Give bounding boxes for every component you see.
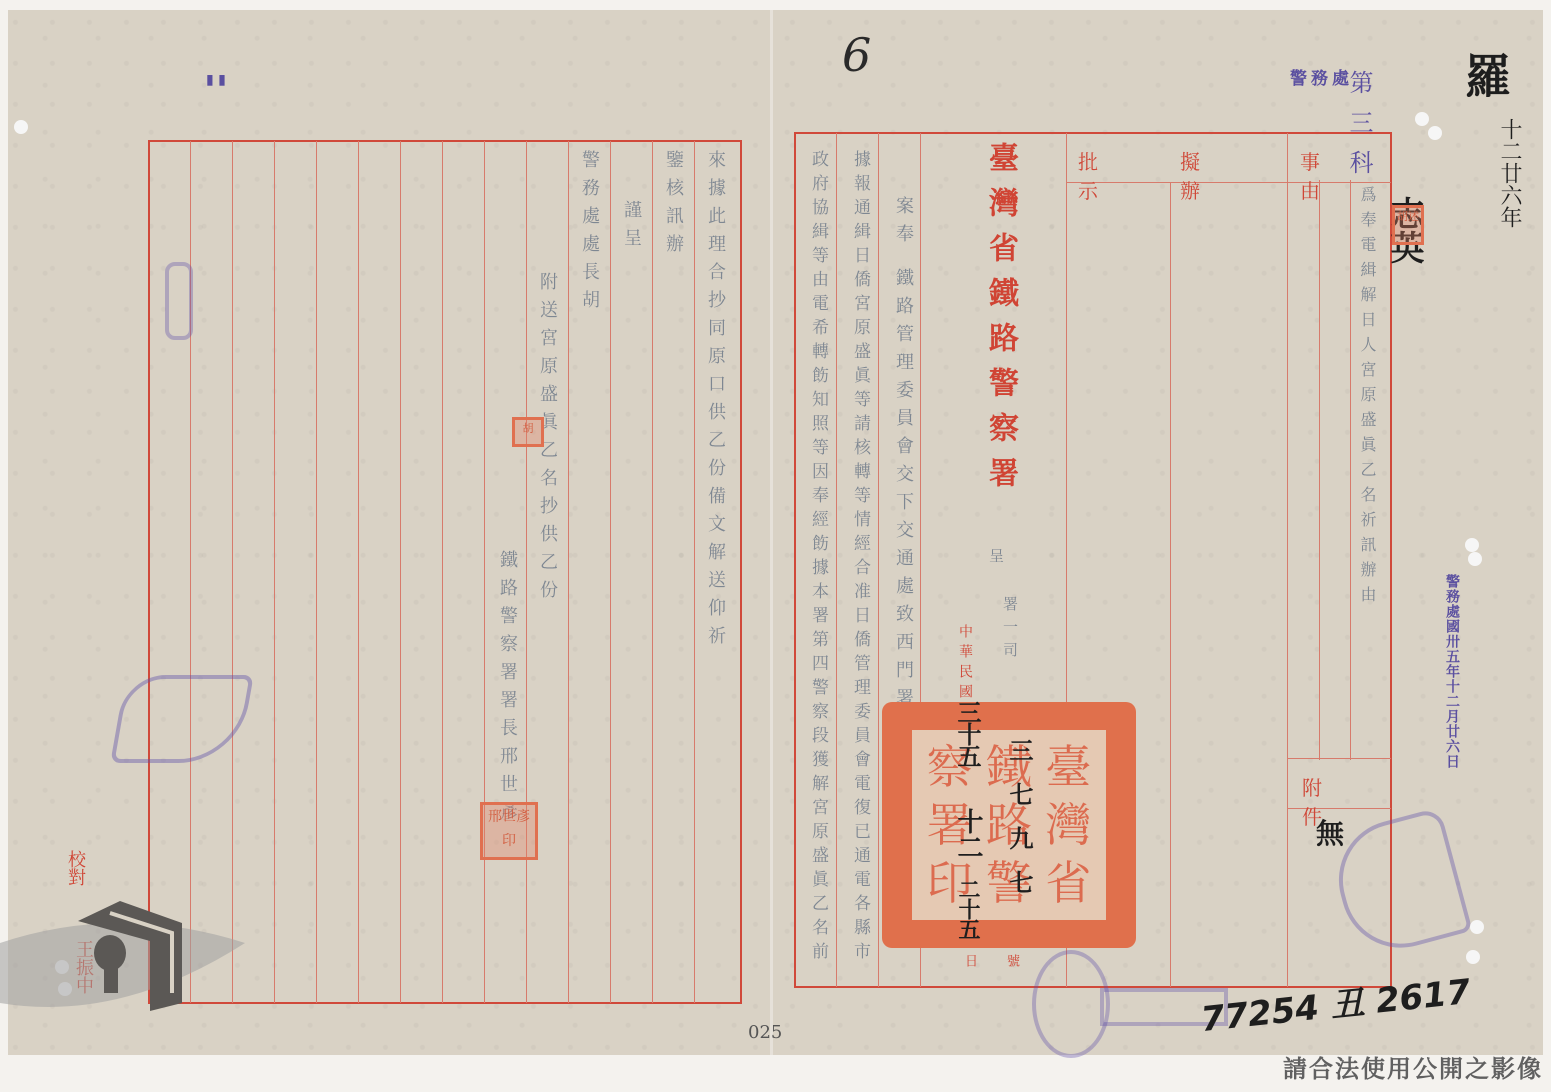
date-year: 三十五 bbox=[950, 700, 985, 766]
doc-number-suffix: 號 bbox=[1002, 954, 1021, 967]
office-line: 署一司 bbox=[1000, 596, 1021, 665]
right-body-column: 鐵路管理委員會交下交通處致西門署交 bbox=[890, 268, 916, 744]
proofreader-label: 校對 bbox=[62, 850, 88, 886]
date-prefix: 中華民國 bbox=[955, 624, 975, 704]
agency-name: 臺灣省鐵路警察署 bbox=[978, 142, 1022, 502]
date-day-label: 日 bbox=[960, 954, 979, 967]
blue-oval-stamp-left bbox=[165, 262, 193, 340]
seal-signatory: 邢世彥印 bbox=[480, 802, 538, 860]
punch-hole bbox=[1466, 950, 1480, 964]
header-approval: 批示 bbox=[1078, 146, 1168, 204]
punch-hole bbox=[14, 120, 28, 134]
seal-approver: 胡述 bbox=[1392, 205, 1424, 245]
seal-small-inline: 胡 bbox=[512, 417, 544, 447]
page-number-bottom: 025 bbox=[748, 1022, 782, 1043]
left-body-column: 來據此理合抄同原口供乙份備文解送仰祈 bbox=[702, 150, 728, 654]
handwritten-attachment: 無 bbox=[1316, 812, 1344, 852]
punch-hole bbox=[1470, 920, 1484, 934]
sender-line: 呈 bbox=[986, 548, 1007, 573]
signatory: 鐵路警察署署長邢世彥 bbox=[494, 550, 520, 830]
punch-hole bbox=[1428, 126, 1442, 140]
left-body-column: 謹呈 bbox=[618, 200, 644, 256]
header-draft: 擬辦 bbox=[1180, 146, 1290, 204]
punch-hole bbox=[1468, 552, 1482, 566]
right-body-column: 案奉 bbox=[890, 196, 916, 252]
page-number-handwritten: 6 bbox=[842, 28, 871, 82]
ink-marks: ▮ ▮ bbox=[206, 72, 236, 84]
archive-logo-icon bbox=[0, 893, 260, 1013]
receipt-date-stamp: 警務處國卅五年十二月廿六日 bbox=[1442, 574, 1462, 769]
punch-hole bbox=[1465, 538, 1479, 552]
punch-hole bbox=[1415, 112, 1429, 126]
handwritten-top-right: 羅 bbox=[1452, 52, 1518, 98]
handwritten-date-side: 十二廿六年 bbox=[1494, 118, 1525, 228]
blue-oval-stamp-bottom bbox=[1032, 950, 1110, 1058]
left-body-column: 警務處處長胡 bbox=[576, 150, 602, 318]
date-month: 十二 bbox=[950, 808, 987, 860]
left-body-column: 鑒核訊辦 bbox=[660, 150, 686, 262]
doc-number: 三七九七 bbox=[1002, 738, 1037, 914]
usage-watermark: 請合法使用公開之影像 bbox=[1283, 1049, 1543, 1084]
page-fold bbox=[770, 10, 773, 1055]
right-body-column: 據報通緝日僑宮原盛眞等請核轉等情經合准日僑管理委員會電復已通電各縣市 bbox=[848, 150, 873, 966]
date-day: 二十五 bbox=[952, 878, 983, 938]
right-body-column: 政府協緝等由電希轉飭知照等因奉經飭據本署第四警察段獲解宮原盛眞乙名前 bbox=[806, 150, 831, 966]
blue-section-annotation: 第三科 bbox=[1342, 70, 1377, 190]
subject-text: 爲奉電緝解日人宮原盛眞乙名祈訊辦由 bbox=[1356, 186, 1379, 611]
